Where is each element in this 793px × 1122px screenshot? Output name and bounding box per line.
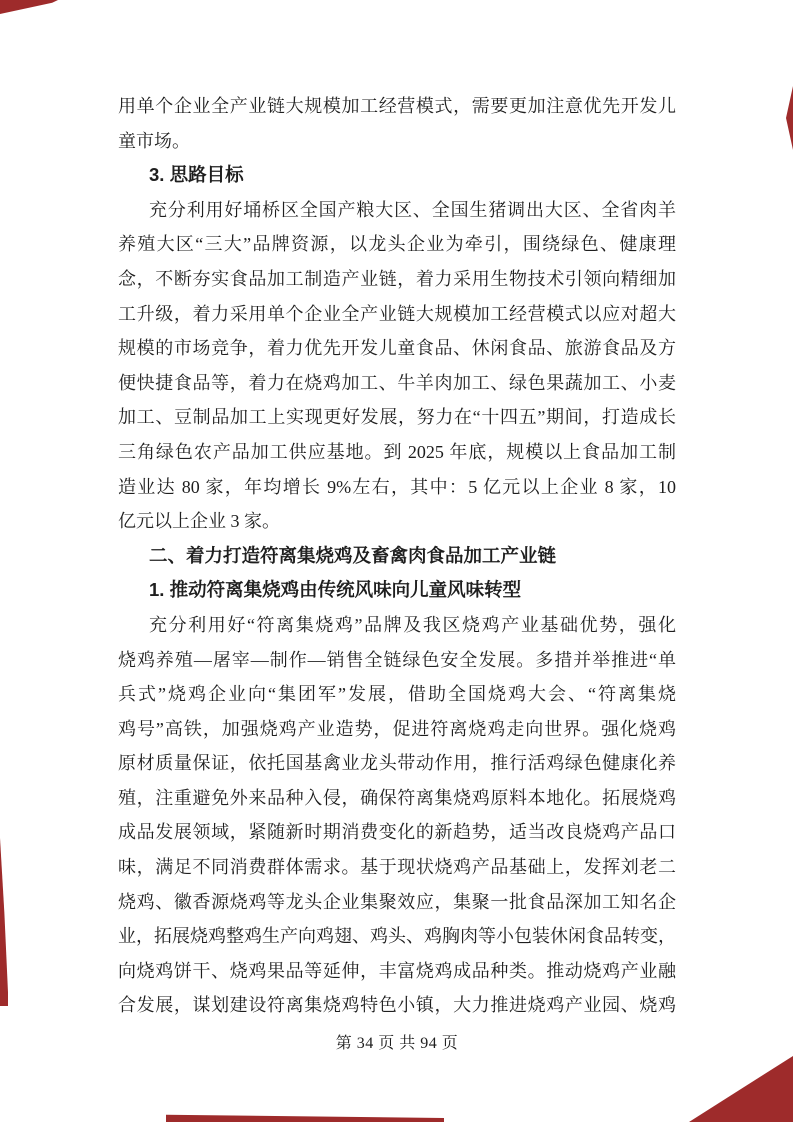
text-line: 三角绿色农产品加工供应基地。到 2025 年底，规模以上食品加工制 (118, 435, 676, 470)
text-line: 用单个企业全产业链大规模加工经营模式，需要更加注意优先开发儿 (118, 89, 676, 124)
text-line: 味，满足不同消费群体需求。基于现状烧鸡产品基础上，发挥刘老二 (118, 850, 676, 885)
text-line: 亿元以上企业 3 家。 (118, 504, 676, 539)
scan-edge-redmark-left-lower (0, 838, 8, 1006)
text-line: 充分利用好“符离集烧鸡”品牌及我区烧鸡产业基础优势，强化 (118, 608, 676, 643)
text-line: 向烧鸡饼干、烧鸡果品等延伸，丰富烧鸡成品种类。推动烧鸡产业融 (118, 954, 676, 989)
text-line: 烧鸡养殖—屠宰—制作—销售全链绿色安全发展。多措并举推进“单 (118, 643, 676, 678)
text-line: 业，拓展烧鸡整鸡生产向鸡翅、鸡头、鸡胸肉等小包装休闲食品转变， (118, 919, 676, 954)
text-line: 兵式”烧鸡企业向“集团军”发展，借助全国烧鸡大会、“符离集烧 (118, 677, 676, 712)
section-heading: 二、着力打造符离集烧鸡及畜禽肉食品加工产业链 (118, 539, 676, 574)
scan-edge-redmark-bottom (166, 1113, 444, 1122)
text-line: 成品发展领域，紧随新时期消费变化的新趋势，适当改良烧鸡产品口 (118, 815, 676, 850)
text-line: 烧鸡、徽香源烧鸡等龙头企业集聚效应，集聚一批食品深加工知名企 (118, 885, 676, 920)
scan-edge-redmark-top-left (0, 0, 58, 14)
text-line: 童市场。 (118, 124, 676, 159)
text-line: 加工、豆制品加工上实现更好发展，努力在“十四五”期间，打造成长 (118, 400, 676, 435)
text-line: 殖，注重避免外来品种入侵，确保符离集烧鸡原料本地化。拓展烧鸡 (118, 781, 676, 816)
page-footer: 第 34 页 共 94 页 (118, 1030, 676, 1053)
text-line: 养殖大区“三大”品牌资源，以龙头企业为牵引，围绕绿色、健康理 (118, 227, 676, 262)
scan-edge-redmark-right-upper (786, 86, 793, 150)
text-line: 念，不断夯实食品加工制造产业链，着力采用生物技术引领向精细加 (118, 262, 676, 297)
section-heading: 1. 推动符离集烧鸡由传统风味向儿童风味转型 (118, 573, 676, 608)
text-line: 鸡号”高铁，加强烧鸡产业造势，促进符离烧鸡走向世界。强化烧鸡 (118, 712, 676, 747)
section-heading: 3. 思路目标 (118, 158, 676, 193)
document-body: 用单个企业全产业链大规模加工经营模式，需要更加注意优先开发儿 童市场。 3. 思… (118, 89, 676, 1023)
scan-edge-redmark-bottom-right (689, 1056, 793, 1122)
text-line: 充分利用好埇桥区全国产粮大区、全国生猪调出大区、全省肉羊 (118, 193, 676, 228)
text-line: 便快捷食品等，着力在烧鸡加工、牛羊肉加工、绿色果蔬加工、小麦 (118, 366, 676, 401)
document-page: 用单个企业全产业链大规模加工经营模式，需要更加注意优先开发儿 童市场。 3. 思… (0, 0, 793, 1122)
text-line: 规模的市场竞争，着力优先开发儿童食品、休闲食品、旅游食品及方 (118, 331, 676, 366)
text-line: 合发展，谋划建设符离集烧鸡特色小镇，大力推进烧鸡产业园、烧鸡 (118, 988, 676, 1023)
text-line: 造业达 80 家，年均增长 9%左右，其中：5 亿元以上企业 8 家，10 (118, 470, 676, 505)
text-line: 原材质量保证，依托国基禽业龙头带动作用，推行活鸡绿色健康化养 (118, 746, 676, 781)
text-line: 工升级，着力采用单个企业全产业链大规模加工经营模式以应对超大 (118, 297, 676, 332)
